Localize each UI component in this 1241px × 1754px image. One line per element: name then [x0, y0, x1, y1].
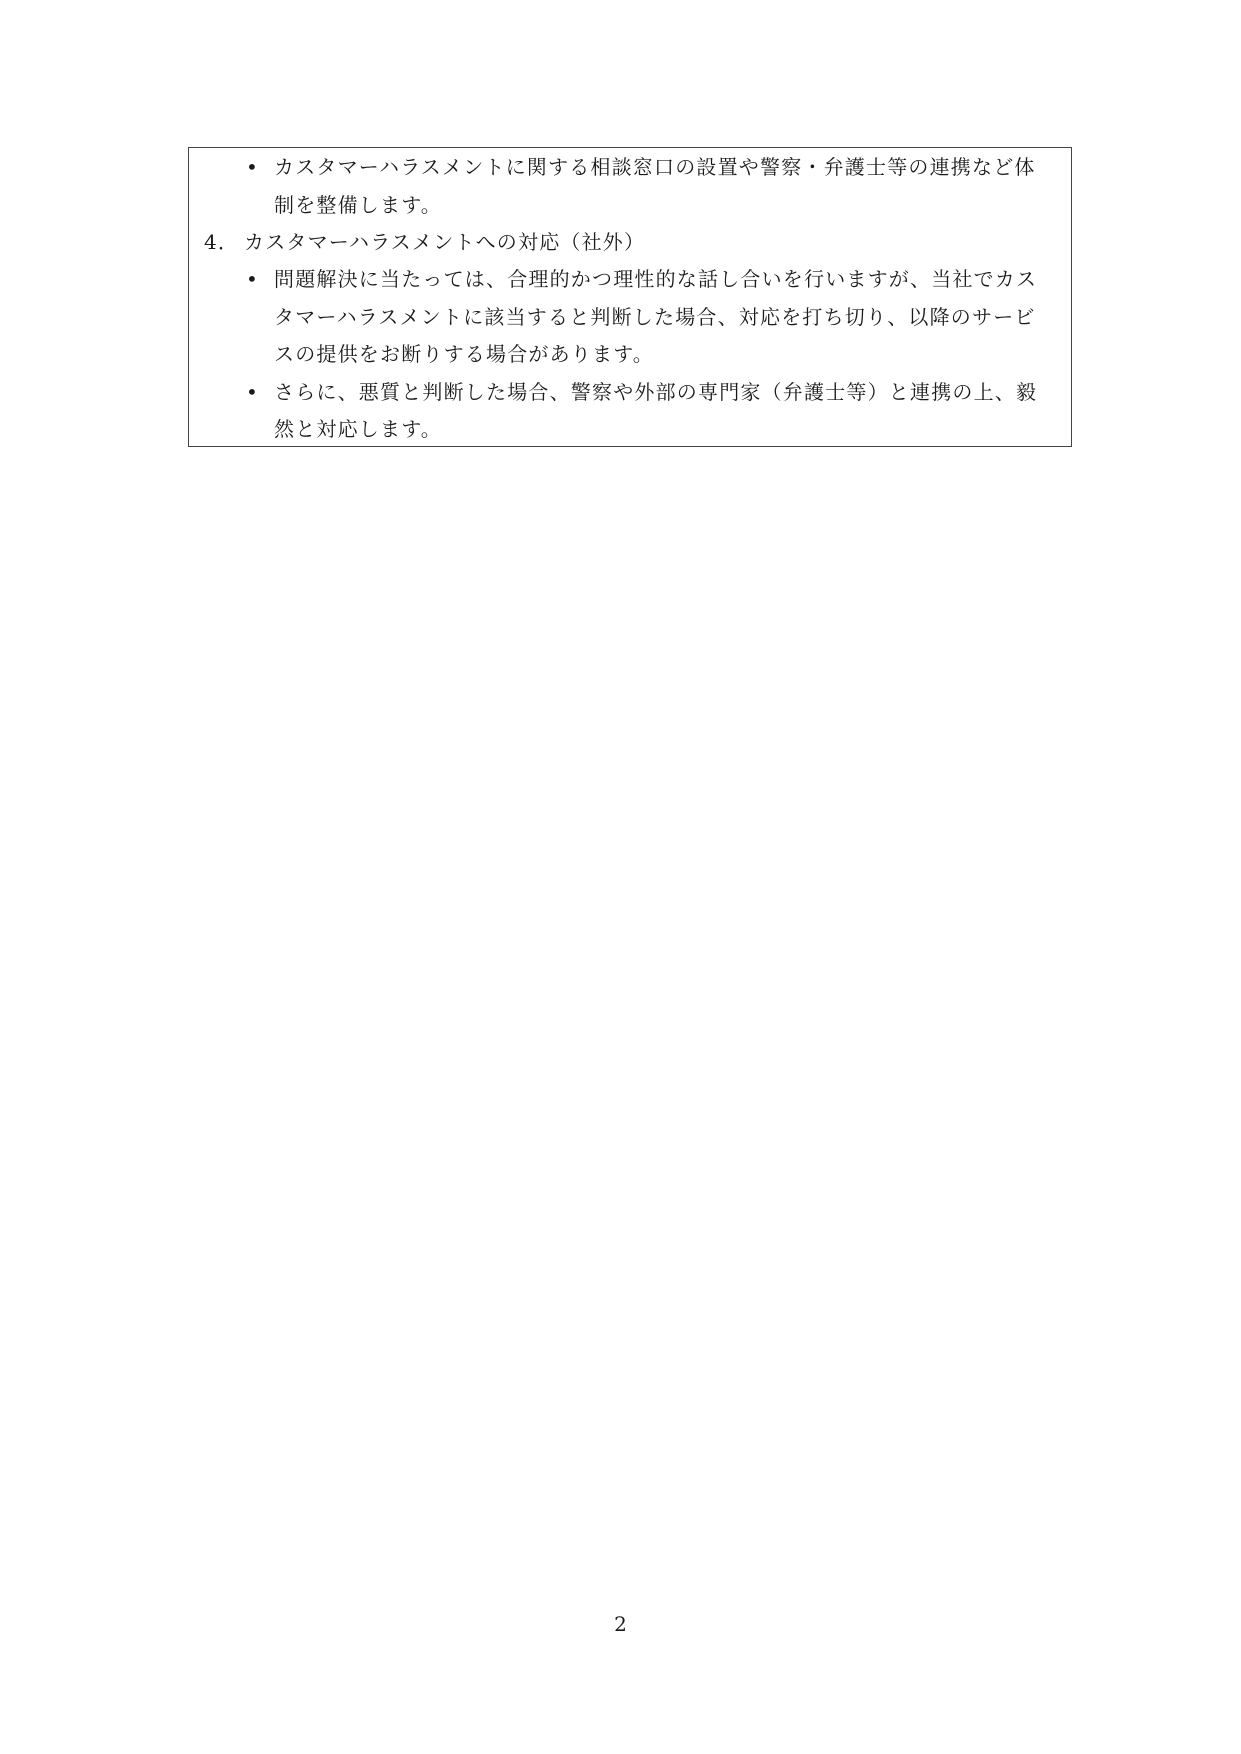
page-number: 2	[0, 1611, 1241, 1637]
bullet-text-line: タマーハラスメントに該当すると判断した場合、対応を打ち切り、以降のサービ	[274, 304, 1036, 330]
bullet-text-line: 制を整備します。	[274, 192, 442, 218]
bullet-text-line: 然と対応します。	[274, 416, 442, 442]
bullet-text-line: スの提供をお断りする場合があります。	[274, 341, 654, 367]
bullet-text-line: 問題解決に当たっては、合理的かつ理性的な話し合いを行いますが、当社でカス	[274, 266, 1037, 292]
document-page: • カスタマーハラスメントに関する相談窓口の設置や警察・弁護士等の連携など体 制…	[0, 0, 1241, 1754]
bullet-icon: •	[246, 154, 258, 180]
section-heading: カスタマーハラスメントへの対応（社外）	[244, 229, 645, 255]
bullet-text-line: さらに、悪質と判断した場合、警察や外部の専門家（弁護士等）と連携の上、毅	[274, 379, 1037, 405]
bullet-text-line: カスタマーハラスメントに関する相談窓口の設置や警察・弁護士等の連携など体	[274, 154, 1036, 180]
section-number: 4．	[204, 229, 239, 255]
bullet-icon: •	[246, 266, 258, 292]
bullet-icon: •	[246, 379, 258, 405]
